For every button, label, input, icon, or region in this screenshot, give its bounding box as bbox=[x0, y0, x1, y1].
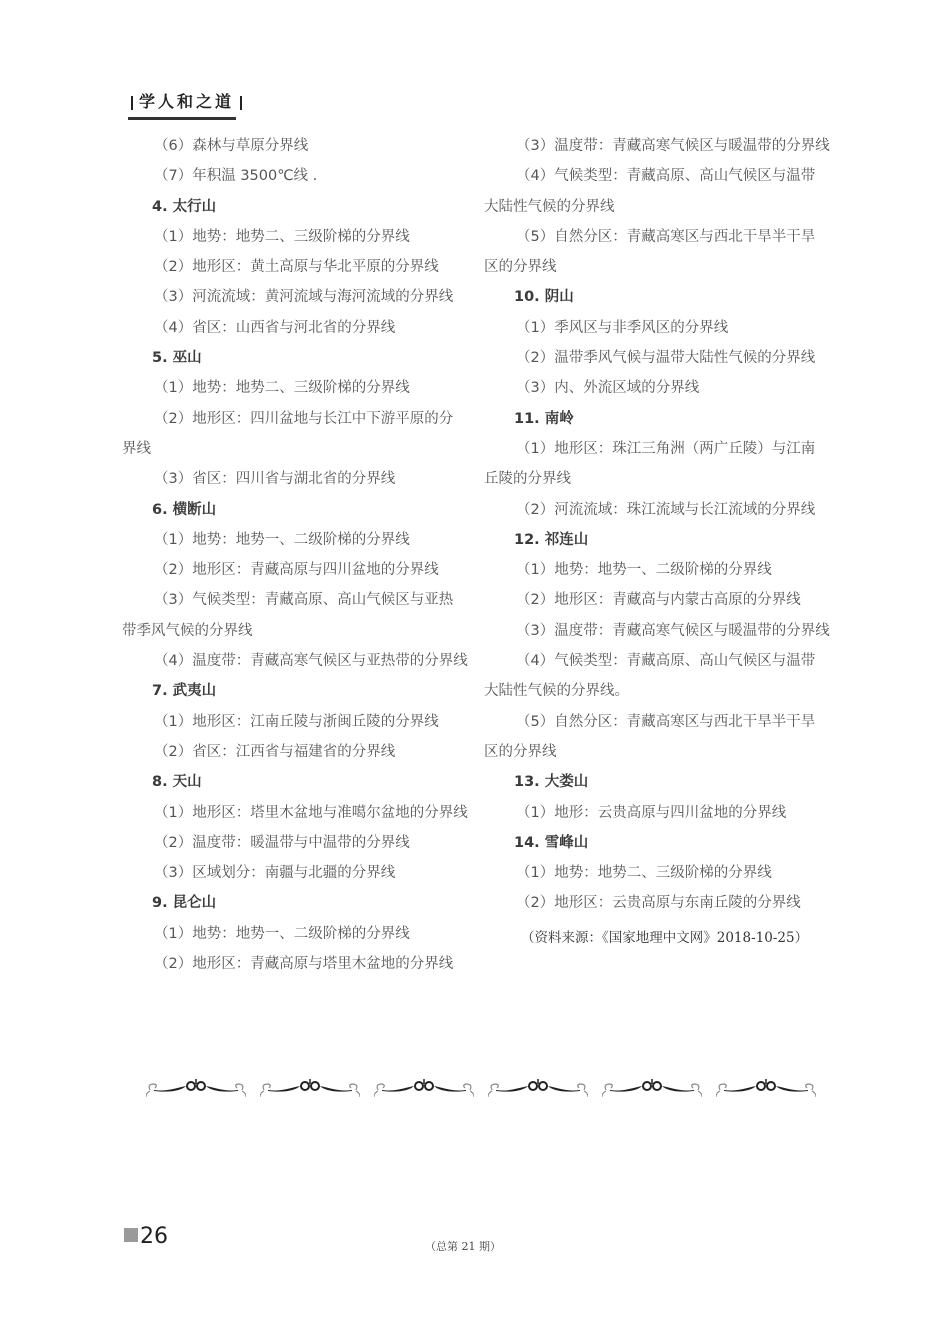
list-item: （2）地形区：四川盆地与长江中下游平原的分 bbox=[122, 404, 474, 434]
scroll-flourish-icon bbox=[260, 1076, 360, 1098]
scroll-flourish-icon bbox=[146, 1076, 246, 1098]
list-item: （4）气候类型：青藏高原、高山气候区与温带 bbox=[484, 646, 836, 676]
list-item: （3）气候类型：青藏高原、高山气候区与亚热 bbox=[122, 585, 474, 615]
list-item-continuation: 区的分界线 bbox=[484, 737, 836, 767]
section-heading: 4. 太行山 bbox=[122, 192, 474, 222]
header-underline bbox=[128, 117, 236, 120]
left-column: （6）森林与草原分界线（7）年积温 3500℃线 .4. 太行山（1）地势：地势… bbox=[122, 131, 474, 979]
list-item: （1）季风区与非季风区的分界线 bbox=[484, 313, 836, 343]
issue-label: （总第 21 期） bbox=[425, 1238, 501, 1254]
list-item: （2）地形区：黄土高原与华北平原的分界线 bbox=[122, 252, 474, 282]
list-item: （1）地形：云贵高原与四川盆地的分界线 bbox=[484, 798, 836, 828]
page-marker-square bbox=[124, 1228, 138, 1242]
list-item-continuation: 丘陵的分界线 bbox=[484, 464, 836, 494]
section-heading: 11. 南岭 bbox=[484, 404, 836, 434]
header-bar-right bbox=[240, 96, 242, 110]
list-item: （2）省区：江西省与福建省的分界线 bbox=[122, 737, 474, 767]
list-item: （4）温度带：青藏高寒气候区与亚热带的分界线 bbox=[122, 646, 474, 676]
list-item-continuation: 大陆性气候的分界线。 bbox=[484, 676, 836, 706]
section-heading: 6. 横断山 bbox=[122, 495, 474, 525]
list-item: （7）年积温 3500℃线 . bbox=[122, 161, 474, 191]
list-item: （1）地形区：塔里木盆地与准噶尔盆地的分界线 bbox=[122, 798, 474, 828]
ornament-divider bbox=[146, 1076, 816, 1098]
page-number: 26 bbox=[124, 1224, 168, 1250]
section-heading: 13. 大娄山 bbox=[484, 767, 836, 797]
list-item: （2）地形区：青藏高原与四川盆地的分界线 bbox=[122, 555, 474, 585]
list-item: （2）温度带：暖温带与中温带的分界线 bbox=[122, 828, 474, 858]
list-item: （1）地势：地势二、三级阶梯的分界线 bbox=[484, 858, 836, 888]
list-item: （1）地形区：江南丘陵与浙闽丘陵的分界线 bbox=[122, 707, 474, 737]
section-heading: 14. 雪峰山 bbox=[484, 828, 836, 858]
list-item: （5）自然分区：青藏高寒区与西北干旱半干旱 bbox=[484, 707, 836, 737]
list-item-continuation: 大陆性气候的分界线 bbox=[484, 192, 836, 222]
list-item-continuation: 区的分界线 bbox=[484, 252, 836, 282]
list-item: （3）省区：四川省与湖北省的分界线 bbox=[122, 464, 474, 494]
list-item: （3）河流流域：黄河流域与海河流域的分界线 bbox=[122, 282, 474, 312]
list-item: （1）地形区：珠江三角洲（两广丘陵）与江南 bbox=[484, 434, 836, 464]
list-item: （1）地势：地势一、二级阶梯的分界线 bbox=[122, 525, 474, 555]
list-item: （4）省区：山西省与河北省的分界线 bbox=[122, 313, 474, 343]
running-header: 学人和之道 bbox=[125, 92, 248, 116]
page-number-text: 26 bbox=[140, 1224, 168, 1249]
list-item: （3）温度带：青藏高寒气候区与暖温带的分界线 bbox=[484, 616, 836, 646]
list-item: （2）地形区：青藏高与内蒙古高原的分界线 bbox=[484, 585, 836, 615]
section-heading: 10. 阴山 bbox=[484, 282, 836, 312]
list-item: （6）森林与草原分界线 bbox=[122, 131, 474, 161]
list-item-continuation: 带季风气候的分界线 bbox=[122, 616, 474, 646]
section-heading: 7. 武夷山 bbox=[122, 676, 474, 706]
list-item-continuation: 界线 bbox=[122, 434, 474, 464]
section-heading: 5. 巫山 bbox=[122, 343, 474, 373]
list-item: （2）地形区：青藏高原与塔里木盆地的分界线 bbox=[122, 949, 474, 979]
section-heading: 12. 祁连山 bbox=[484, 525, 836, 555]
header-title: 学人和之道 bbox=[139, 92, 234, 111]
header-bar-left bbox=[131, 96, 133, 110]
scroll-flourish-icon bbox=[716, 1076, 816, 1098]
list-item: （2）地形区：云贵高原与东南丘陵的分界线 bbox=[484, 888, 836, 918]
list-item: （2）河流流域：珠江流域与长江流域的分界线 bbox=[484, 495, 836, 525]
section-heading: 8. 天山 bbox=[122, 767, 474, 797]
right-column: （3）温度带：青藏高寒气候区与暖温带的分界线（4）气候类型：青藏高原、高山气候区… bbox=[484, 131, 836, 951]
source-citation: （资料来源：《国家地理中文网》2018-10-25） bbox=[484, 925, 836, 951]
list-item: （4）气候类型：青藏高原、高山气候区与温带 bbox=[484, 161, 836, 191]
list-item: （2）温带季风气候与温带大陆性气候的分界线 bbox=[484, 343, 836, 373]
scroll-flourish-icon bbox=[374, 1076, 474, 1098]
scroll-flourish-icon bbox=[602, 1076, 702, 1098]
list-item: （1）地势：地势二、三级阶梯的分界线 bbox=[122, 222, 474, 252]
list-item: （3）区域划分：南疆与北疆的分界线 bbox=[122, 858, 474, 888]
list-item: （5）自然分区：青藏高寒区与西北干旱半干旱 bbox=[484, 222, 836, 252]
section-heading: 9. 昆仑山 bbox=[122, 888, 474, 918]
list-item: （1）地势：地势二、三级阶梯的分界线 bbox=[122, 373, 474, 403]
list-item: （1）地势：地势一、二级阶梯的分界线 bbox=[484, 555, 836, 585]
scroll-flourish-icon bbox=[488, 1076, 588, 1098]
list-item: （3）温度带：青藏高寒气候区与暖温带的分界线 bbox=[484, 131, 836, 161]
list-item: （3）内、外流区域的分界线 bbox=[484, 373, 836, 403]
list-item: （1）地势：地势一、二级阶梯的分界线 bbox=[122, 919, 474, 949]
